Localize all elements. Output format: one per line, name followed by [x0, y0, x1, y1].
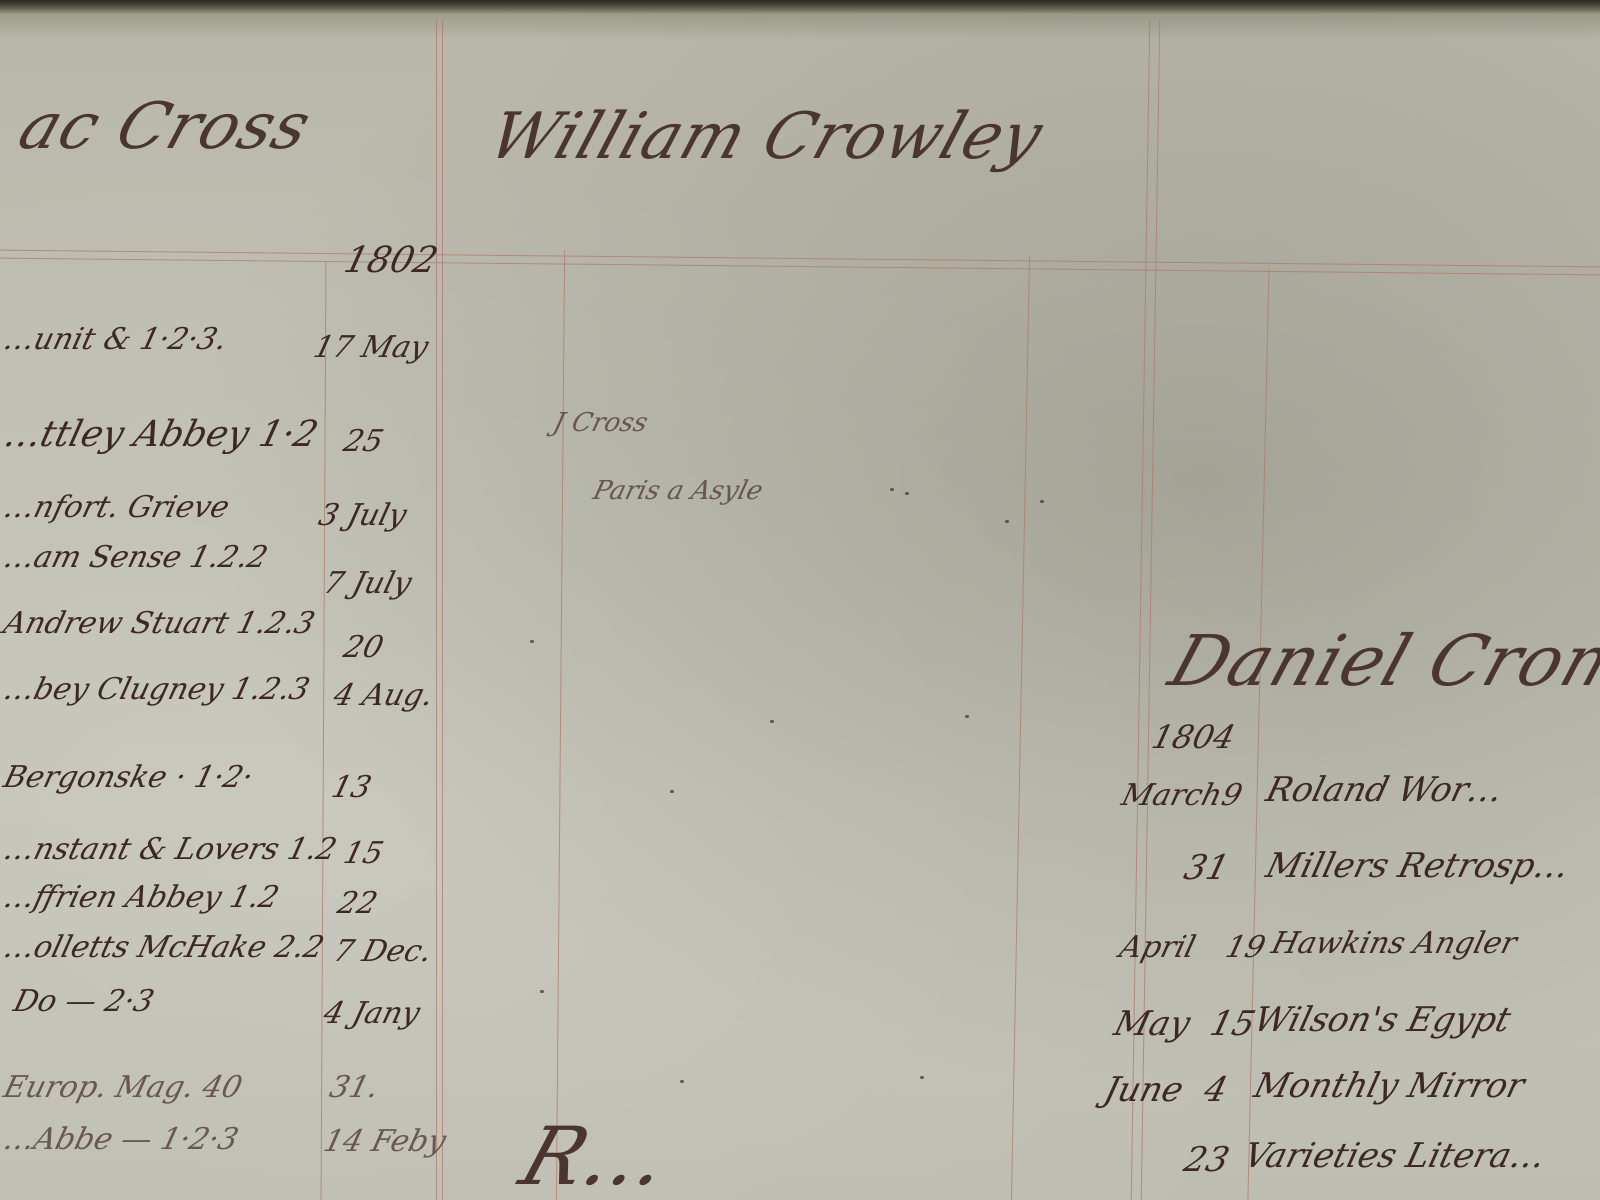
entry-date: 31. [326, 1070, 382, 1105]
entry-month: May [1110, 1004, 1194, 1044]
entry-date: 14 Feby [320, 1124, 450, 1159]
entry-date: 4 Aug. [330, 678, 437, 713]
ink-speck [965, 715, 969, 718]
column-header-name: ac Cross [10, 90, 320, 164]
ink-speck [920, 1076, 924, 1079]
entry-title: Millers Retrosp… [1262, 846, 1573, 886]
entry-title: Varieties Litera… [1240, 1136, 1550, 1176]
entry-title: Europ. Mag. 40 [0, 1070, 246, 1105]
entry-title: Andrew Stuart 1.2.3 [0, 606, 318, 641]
ink-speck [905, 492, 909, 495]
entry-month: April [1116, 930, 1199, 965]
entry-title: Hawkins Angler [1268, 926, 1520, 961]
entry-day: 19 [1222, 930, 1269, 965]
ink-speck [1040, 500, 1044, 503]
entry-date: 13 [328, 770, 375, 805]
header-rule [0, 250, 1600, 268]
entry-date: 17 May [310, 330, 432, 365]
column-year: 1802 [340, 240, 442, 281]
entry-date: 25 [340, 424, 387, 459]
ink-speck [680, 1080, 684, 1083]
ink-speck [540, 990, 544, 993]
date-column-rule [321, 262, 327, 1200]
column-year: 1804 [1148, 718, 1239, 756]
entry-title: …olletts McHake 2.2 [0, 930, 328, 965]
ink-speck [890, 488, 894, 491]
entry-title: …nstant & Lovers 1.2 [0, 832, 340, 867]
page-edge-shadow [0, 0, 1600, 14]
entry-title: Monthly Mirror [1250, 1066, 1529, 1106]
entry-day: 23 [1180, 1140, 1233, 1180]
entry-date: 22 [334, 886, 381, 921]
entry-date: 7 Dec. [330, 934, 436, 969]
ink-speck [670, 790, 674, 793]
date-column-rule [1247, 268, 1269, 1200]
entry-title: …Abbe — 1·2·3 [0, 1122, 242, 1157]
entry-date: 7 July [320, 566, 415, 601]
entry-month: June [1100, 1070, 1188, 1110]
entry-title: …ttley Abbey 1·2 [0, 414, 322, 455]
column-header-name: William Crowley [480, 100, 1052, 174]
entry-title: Paris a Asyle [590, 476, 766, 506]
column-rule [1011, 256, 1030, 1200]
column-rule [442, 20, 443, 1200]
column-header-name: Daniel Crom… [1160, 620, 1600, 702]
entry-title: Wilson's Egypt [1250, 1000, 1515, 1040]
entry-day: 4 [1200, 1070, 1232, 1110]
entry-title: …bey Clugney 1.2.3 [0, 672, 313, 707]
column-rule [436, 20, 437, 1200]
entry-date: 20 [340, 630, 387, 665]
entry-title: Roland Wor… [1262, 770, 1507, 810]
entry-date: 4 Jany [320, 996, 424, 1031]
ledger-page: ac Cross 1802 …unit & 1·2·3. 17 May …ttl… [0, 0, 1600, 1200]
entry-title: Do — 2·3 [10, 984, 158, 1019]
entry-title: J Cross [550, 408, 651, 438]
entry-title: …ffrien Abbey 1.2 [0, 880, 283, 915]
column-rule [556, 250, 565, 1200]
entry-date: 15 [340, 836, 387, 871]
entry-day: 31 [1180, 848, 1233, 888]
entry-title: Bergonske · 1·2· [0, 760, 257, 795]
entry-date: 3 July [315, 498, 410, 533]
footer-flourish: R… [510, 1110, 682, 1200]
ink-speck [770, 720, 774, 723]
entry-month: March [1118, 778, 1226, 813]
ink-speck [530, 640, 534, 643]
header-rule [0, 258, 1600, 276]
entry-title: …unit & 1·2·3. [0, 322, 231, 357]
entry-title: …nfort. Grieve [0, 490, 233, 525]
entry-title: …am Sense 1.2.2 [0, 540, 271, 575]
ink-speck [1005, 520, 1009, 523]
